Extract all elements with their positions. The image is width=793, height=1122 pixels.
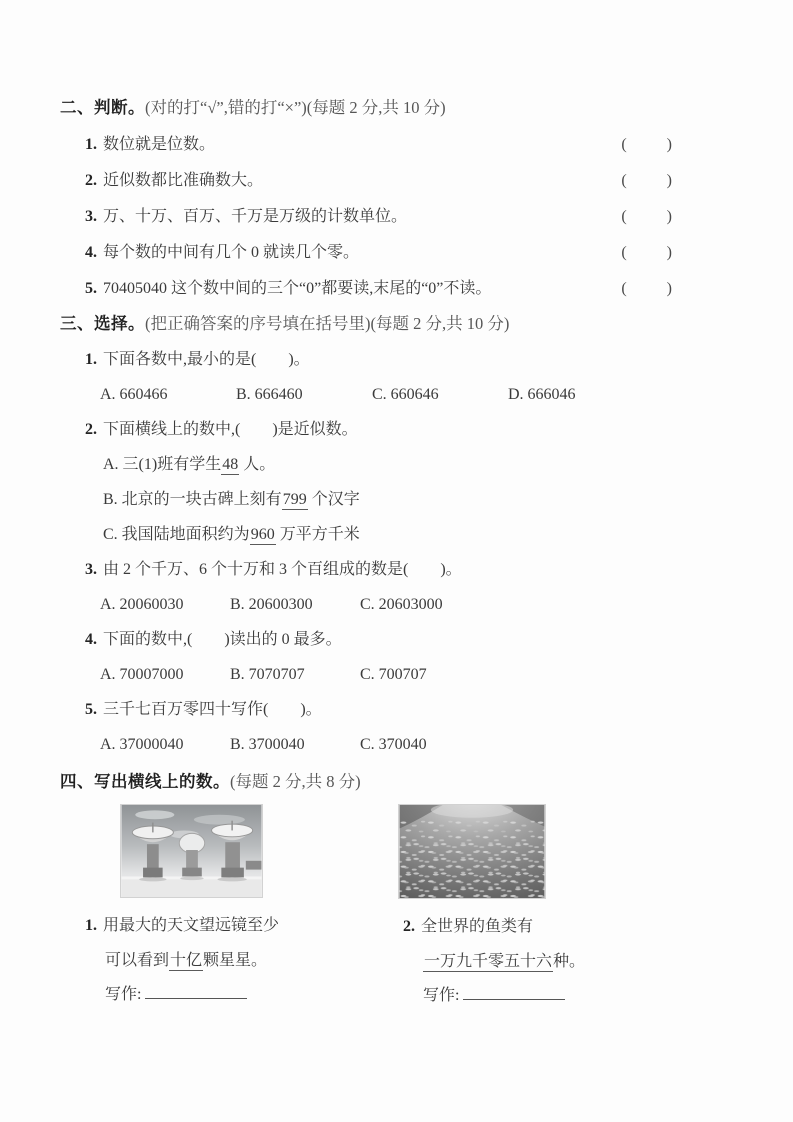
answer-brackets[interactable]: ( ) — [621, 206, 672, 228]
write-question-1: 1.用最大的天文望远镜至少 可以看到十亿颗星星。 写作: — [60, 804, 398, 1007]
question-number: 2. — [403, 918, 415, 935]
question-number: 1. — [85, 917, 97, 934]
choice-section-title: 三、选择。(把正确答案的序号填在括号里)(每题 2 分,共 10 分) — [60, 312, 738, 336]
choice-option[interactable]: C. 700707 — [360, 664, 427, 686]
item-statement: 近似数都比准确数大。 — [103, 172, 263, 189]
item-statement: 数位就是位数。 — [103, 136, 215, 153]
write-section-heading: 四、写出横线上的数。 — [60, 773, 230, 791]
judge-item-5: 5.70405040 这个数中间的三个“0”都要读,末尾的“0”不读。 ( ) — [60, 278, 672, 300]
worksheet-page: 二、判断。(对的打“√”,错的打“×”)(每题 2 分,共 10 分) 1.数位… — [0, 0, 793, 1007]
item-number: 4. — [85, 244, 97, 261]
choice-section-heading: 三、选择。 — [60, 315, 145, 333]
item-number: 2. — [85, 172, 97, 189]
judge-item-text: 4.每个数的中间有几个 0 就读几个零。 — [85, 242, 359, 264]
choice-option[interactable]: B. 666460 — [236, 384, 372, 406]
write-label: 写作: — [423, 987, 459, 1004]
answer-blank[interactable] — [145, 984, 247, 999]
choice-q5: 5.三千七百万零四十写作( )。 — [60, 699, 738, 721]
answer-brackets[interactable]: ( ) — [621, 278, 672, 300]
question-number: 1. — [85, 351, 97, 368]
choice-q4-options: A. 70007000 B. 7070707 C. 700707 — [60, 664, 738, 686]
underlined-number: 799 — [282, 491, 308, 510]
underlined-number: 48 — [221, 456, 239, 475]
choice-q1-options: A. 660466 B. 666460 C. 660646 D. 666046 — [60, 384, 738, 406]
choice-q2-option-a[interactable]: A. 三(1)班有学生48 人。 — [60, 454, 738, 476]
question-text: 三千七百万零四十写作( )。 — [103, 701, 322, 718]
choice-option[interactable]: C. 660646 — [372, 384, 508, 406]
item-statement: 每个数的中间有几个 0 就读几个零。 — [103, 244, 359, 261]
choice-q3-options: A. 20060030 B. 20600300 C. 20603000 — [60, 594, 738, 616]
choice-q1: 1.下面各数中,最小的是( )。 — [60, 349, 738, 371]
choice-option[interactable]: B. 3700040 — [230, 734, 360, 756]
write-section-body: 1.用最大的天文望远镜至少 可以看到十亿颗星星。 写作: — [60, 804, 738, 1007]
question-text: 种。 — [553, 953, 585, 970]
underlined-number: 960 — [250, 526, 276, 545]
question-text: 由 2 个千万、6 个十万和 3 个百组成的数是( )。 — [103, 561, 462, 578]
option-text: C. 我国陆地面积约为 — [103, 526, 250, 543]
judge-item-3: 3.万、十万、百万、千万是万级的计数单位。 ( ) — [60, 206, 672, 228]
judge-item-2: 2.近似数都比准确数大。 ( ) — [60, 170, 672, 192]
underlined-number-words: 十亿 — [169, 952, 203, 971]
choice-option[interactable]: D. 666046 — [508, 384, 576, 406]
write-q2-answer: 写作: — [398, 985, 738, 1007]
underlined-number-words: 一万九千零五十六 — [423, 953, 553, 972]
question-number: 4. — [85, 631, 97, 648]
choice-option[interactable]: C. 370040 — [360, 734, 427, 756]
item-statement: 70405040 这个数中间的三个“0”都要读,末尾的“0”不读。 — [103, 280, 491, 297]
option-text: 万平方千米 — [276, 526, 360, 543]
judge-item-text: 5.70405040 这个数中间的三个“0”都要读,末尾的“0”不读。 — [85, 278, 491, 300]
answer-brackets[interactable]: ( ) — [621, 242, 672, 264]
write-label: 写作: — [105, 986, 141, 1003]
judge-section-heading: 二、判断。 — [60, 99, 145, 117]
option-text: 个汉字 — [308, 491, 360, 508]
write-section-note: (每题 2 分,共 8 分) — [230, 772, 361, 791]
item-statement: 万、十万、百万、千万是万级的计数单位。 — [103, 208, 407, 225]
judge-item-text: 3.万、十万、百万、千万是万级的计数单位。 — [85, 206, 407, 228]
fish-school-photo — [398, 804, 546, 899]
question-number: 5. — [85, 701, 97, 718]
choice-option[interactable]: A. 20060030 — [100, 594, 230, 616]
choice-option[interactable]: B. 7070707 — [230, 664, 360, 686]
radio-telescopes-photo — [120, 804, 263, 898]
choice-q4: 4.下面的数中,( )读出的 0 最多。 — [60, 629, 738, 651]
write-q1-answer: 写作: — [60, 984, 398, 1006]
question-number: 2. — [85, 421, 97, 438]
choice-option[interactable]: A. 70007000 — [100, 664, 230, 686]
write-q1-line2: 可以看到十亿颗星星。 — [60, 950, 398, 972]
question-number: 3. — [85, 561, 97, 578]
write-question-2: 2.全世界的鱼类有 一万九千零五十六种。 写作: — [398, 804, 738, 1007]
question-text: 可以看到 — [105, 952, 169, 969]
option-text: 人。 — [239, 456, 275, 473]
answer-brackets[interactable]: ( ) — [621, 134, 672, 156]
answer-brackets[interactable]: ( ) — [621, 170, 672, 192]
option-text: A. 三(1)班有学生 — [103, 456, 221, 473]
question-text: 下面横线上的数中,( )是近似数。 — [103, 421, 358, 438]
choice-section-note: (把正确答案的序号填在括号里)(每题 2 分,共 10 分) — [145, 314, 509, 333]
judge-item-text: 1.数位就是位数。 — [85, 134, 215, 156]
item-number: 5. — [85, 280, 97, 297]
choice-q2-option-c[interactable]: C. 我国陆地面积约为960 万平方千米 — [60, 524, 738, 546]
write-section-title: 四、写出横线上的数。(每题 2 分,共 8 分) — [60, 770, 738, 794]
question-text: 全世界的鱼类有 — [421, 918, 533, 935]
write-q2-line2: 一万九千零五十六种。 — [398, 951, 738, 973]
judge-item-text: 2.近似数都比准确数大。 — [85, 170, 263, 192]
choice-option[interactable]: A. 660466 — [100, 384, 236, 406]
judge-section-title: 二、判断。(对的打“√”,错的打“×”)(每题 2 分,共 10 分) — [60, 96, 738, 120]
write-q1-line1: 1.用最大的天文望远镜至少 — [60, 915, 398, 937]
option-text: B. 北京的一块古碑上刻有 — [103, 491, 282, 508]
answer-blank[interactable] — [463, 985, 565, 1000]
question-text: 下面的数中,( )读出的 0 最多。 — [103, 631, 342, 648]
choice-option[interactable]: C. 20603000 — [360, 594, 443, 616]
choice-option[interactable]: A. 37000040 — [100, 734, 230, 756]
judge-section-note: (对的打“√”,错的打“×”)(每题 2 分,共 10 分) — [145, 98, 446, 117]
judge-item-4: 4.每个数的中间有几个 0 就读几个零。 ( ) — [60, 242, 672, 264]
write-q2-line1: 2.全世界的鱼类有 — [398, 916, 738, 938]
choice-q2: 2.下面横线上的数中,( )是近似数。 — [60, 419, 738, 441]
item-number: 1. — [85, 136, 97, 153]
choice-option[interactable]: B. 20600300 — [230, 594, 360, 616]
choice-q3: 3.由 2 个千万、6 个十万和 3 个百组成的数是( )。 — [60, 559, 738, 581]
choice-q5-options: A. 37000040 B. 3700040 C. 370040 — [60, 734, 738, 756]
choice-q2-option-b[interactable]: B. 北京的一块古碑上刻有799 个汉字 — [60, 489, 738, 511]
question-text: 颗星星。 — [203, 952, 267, 969]
question-text: 用最大的天文望远镜至少 — [103, 917, 279, 934]
judge-item-1: 1.数位就是位数。 ( ) — [60, 134, 672, 156]
item-number: 3. — [85, 208, 97, 225]
question-text: 下面各数中,最小的是( )。 — [103, 351, 310, 368]
